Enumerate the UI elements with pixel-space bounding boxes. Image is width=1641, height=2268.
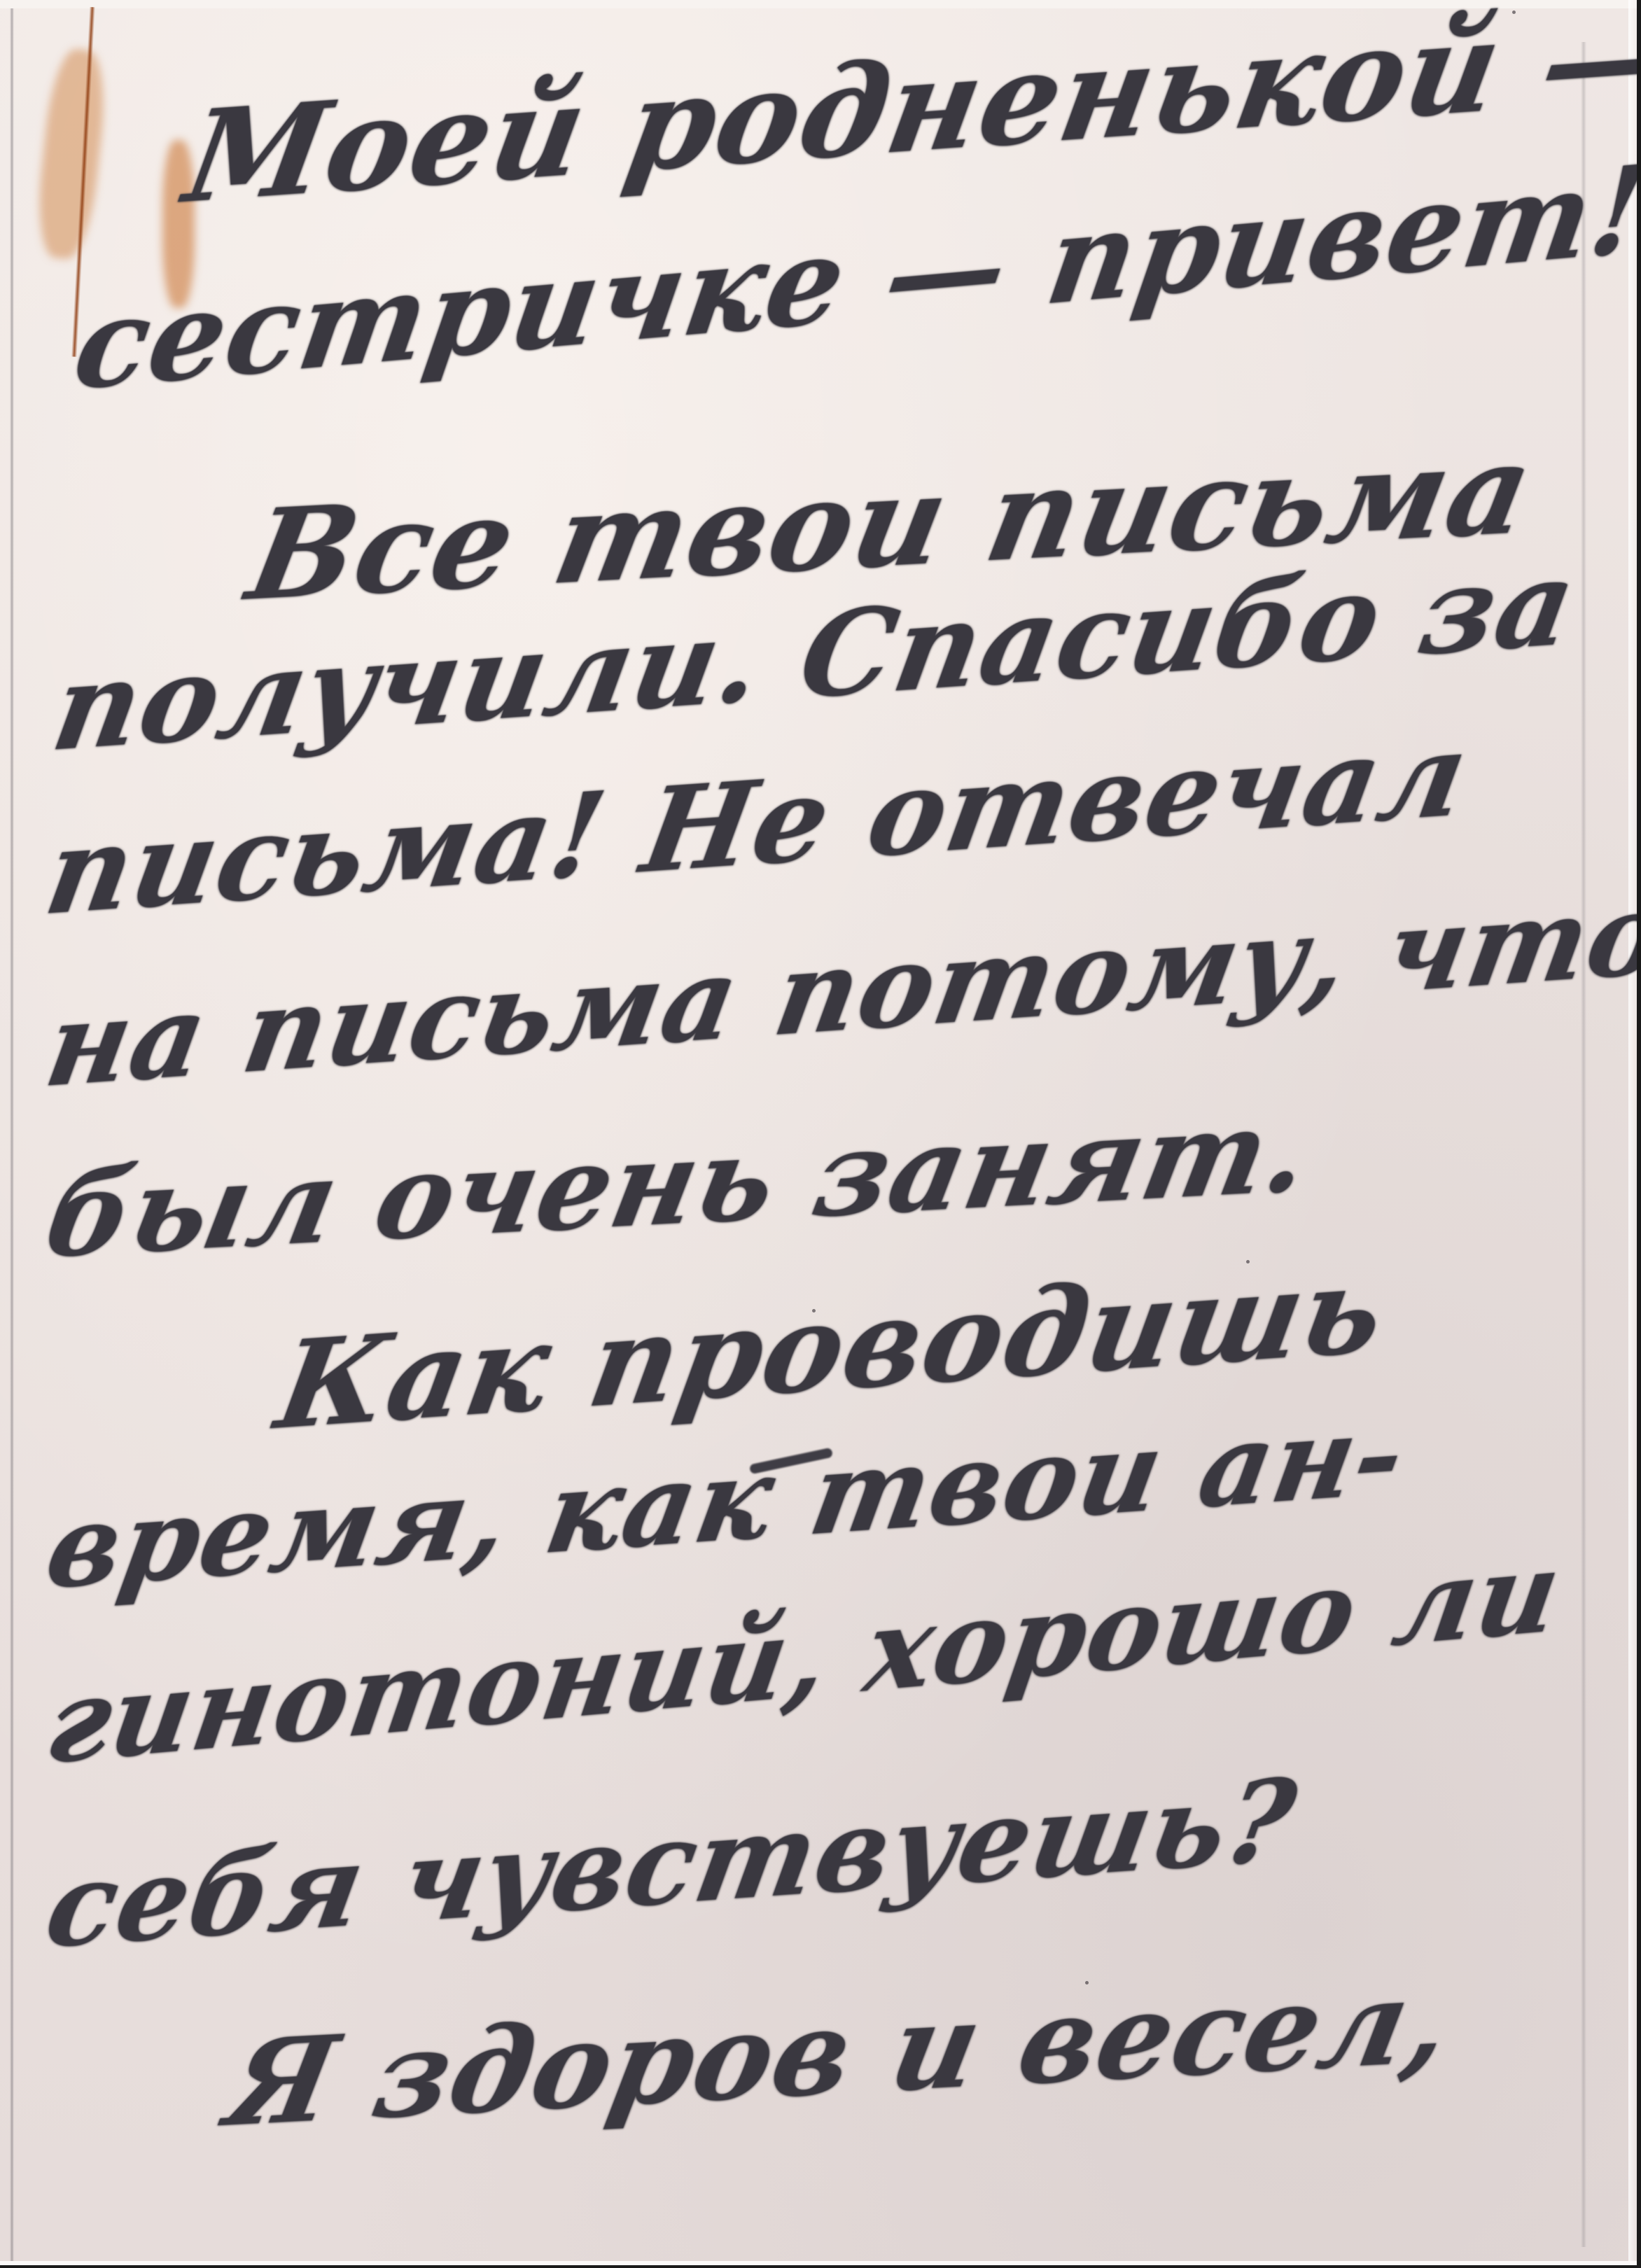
paper-speck xyxy=(812,1309,816,1312)
paper-speck xyxy=(1085,1981,1089,1984)
letter-line: себя чувствуешь? xyxy=(37,1753,1306,1973)
paper-speck xyxy=(1512,10,1516,14)
letter-photo: Моей родненькой — сестричке — привет! Вс… xyxy=(0,0,1637,2265)
paper-speck xyxy=(1246,1260,1250,1263)
letter-line: Я здоров и весел, xyxy=(218,1952,1463,2153)
letter-line: был очень занят. xyxy=(36,1081,1322,1284)
handwritten-text: Моей родненькой — сестричке — привет! Вс… xyxy=(0,0,1637,2265)
